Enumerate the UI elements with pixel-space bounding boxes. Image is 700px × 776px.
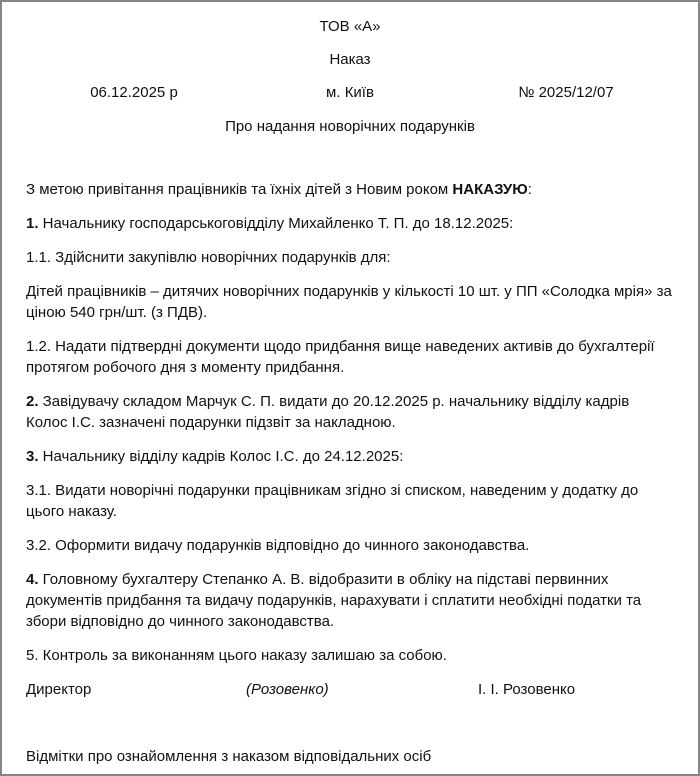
company-name: ТОВ «А»	[26, 16, 674, 38]
item-1-2-text: 1.2. Надати підтвердні документи щодо пр…	[26, 338, 655, 376]
intro-text: З метою привітання працівників та їхніх …	[26, 181, 452, 198]
item-1-number: 1.	[26, 215, 39, 232]
item-3-1-text: 3.1. Видати новорічні подарунки працівни…	[26, 482, 638, 520]
intro-colon: :	[528, 181, 532, 198]
item-3-2-text: 3.2. Оформити видачу подарунків відповід…	[26, 537, 529, 554]
order-item-3-2: 3.2. Оформити видачу подарунків відповід…	[26, 535, 674, 556]
item-3-text: Начальнику відділу кадрів Колос І.С. до …	[39, 448, 404, 465]
item-2-text: Завідувачу складом Марчук С. П. видати д…	[26, 393, 629, 431]
document-page: ТОВ «А» Наказ 06.12.2025 р м. Київ № 202…	[0, 0, 700, 776]
order-keyword: НАКАЗУЮ	[452, 181, 527, 198]
signatory-name: І. І. Розовенко	[478, 679, 674, 700]
signature-placeholder: (Розовенко)	[246, 679, 478, 700]
document-subject: Про надання новорічних подарунків	[26, 116, 674, 138]
item-5-text: 5. Контроль за виконанням цього наказу з…	[26, 647, 447, 664]
order-item-1: 1. Начальнику господарськоговідділу Миха…	[26, 213, 674, 234]
acknowledgement-note: Відмітки про ознайомлення з наказом відп…	[26, 746, 674, 767]
document-date: 06.12.2025 р	[26, 82, 242, 104]
item-4-number: 4.	[26, 571, 39, 588]
order-item-1-1: 1.1. Здійснити закупівлю новорічних пода…	[26, 247, 674, 268]
order-item-1-1-detail: Дітей працівників – дитячих новорічних п…	[26, 281, 674, 323]
intro-paragraph: З метою привітання працівників та їхніх …	[26, 179, 674, 200]
item-1-1-text: 1.1. Здійснити закупівлю новорічних пода…	[26, 249, 391, 266]
signatory-role: Директор	[26, 679, 246, 700]
signature-row: Директор (Розовенко) І. І. Розовенко	[26, 679, 674, 700]
document-number: № 2025/12/07	[458, 82, 674, 104]
item-2-number: 2.	[26, 393, 39, 410]
document-body: З метою привітання працівників та їхніх …	[26, 179, 674, 666]
order-item-4: 4. Головному бухгалтеру Степанко А. В. в…	[26, 569, 674, 632]
item-4-text: Головному бухгалтеру Степанко А. В. відо…	[26, 571, 641, 630]
order-item-3-1: 3.1. Видати новорічні подарунки працівни…	[26, 480, 674, 522]
item-1-text: Начальнику господарськоговідділу Михайле…	[39, 215, 514, 232]
document-type: Наказ	[26, 49, 674, 71]
order-item-1-2: 1.2. Надати підтвердні документи щодо пр…	[26, 336, 674, 378]
order-item-5: 5. Контроль за виконанням цього наказу з…	[26, 645, 674, 666]
item-3-number: 3.	[26, 448, 39, 465]
document-meta-row: 06.12.2025 р м. Київ № 2025/12/07	[26, 82, 674, 104]
document-city: м. Київ	[242, 82, 458, 104]
item-1-1-detail-text: Дітей працівників – дитячих новорічних п…	[26, 283, 672, 321]
order-item-2: 2. Завідувачу складом Марчук С. П. видат…	[26, 391, 674, 433]
order-item-3: 3. Начальнику відділу кадрів Колос І.С. …	[26, 446, 674, 467]
